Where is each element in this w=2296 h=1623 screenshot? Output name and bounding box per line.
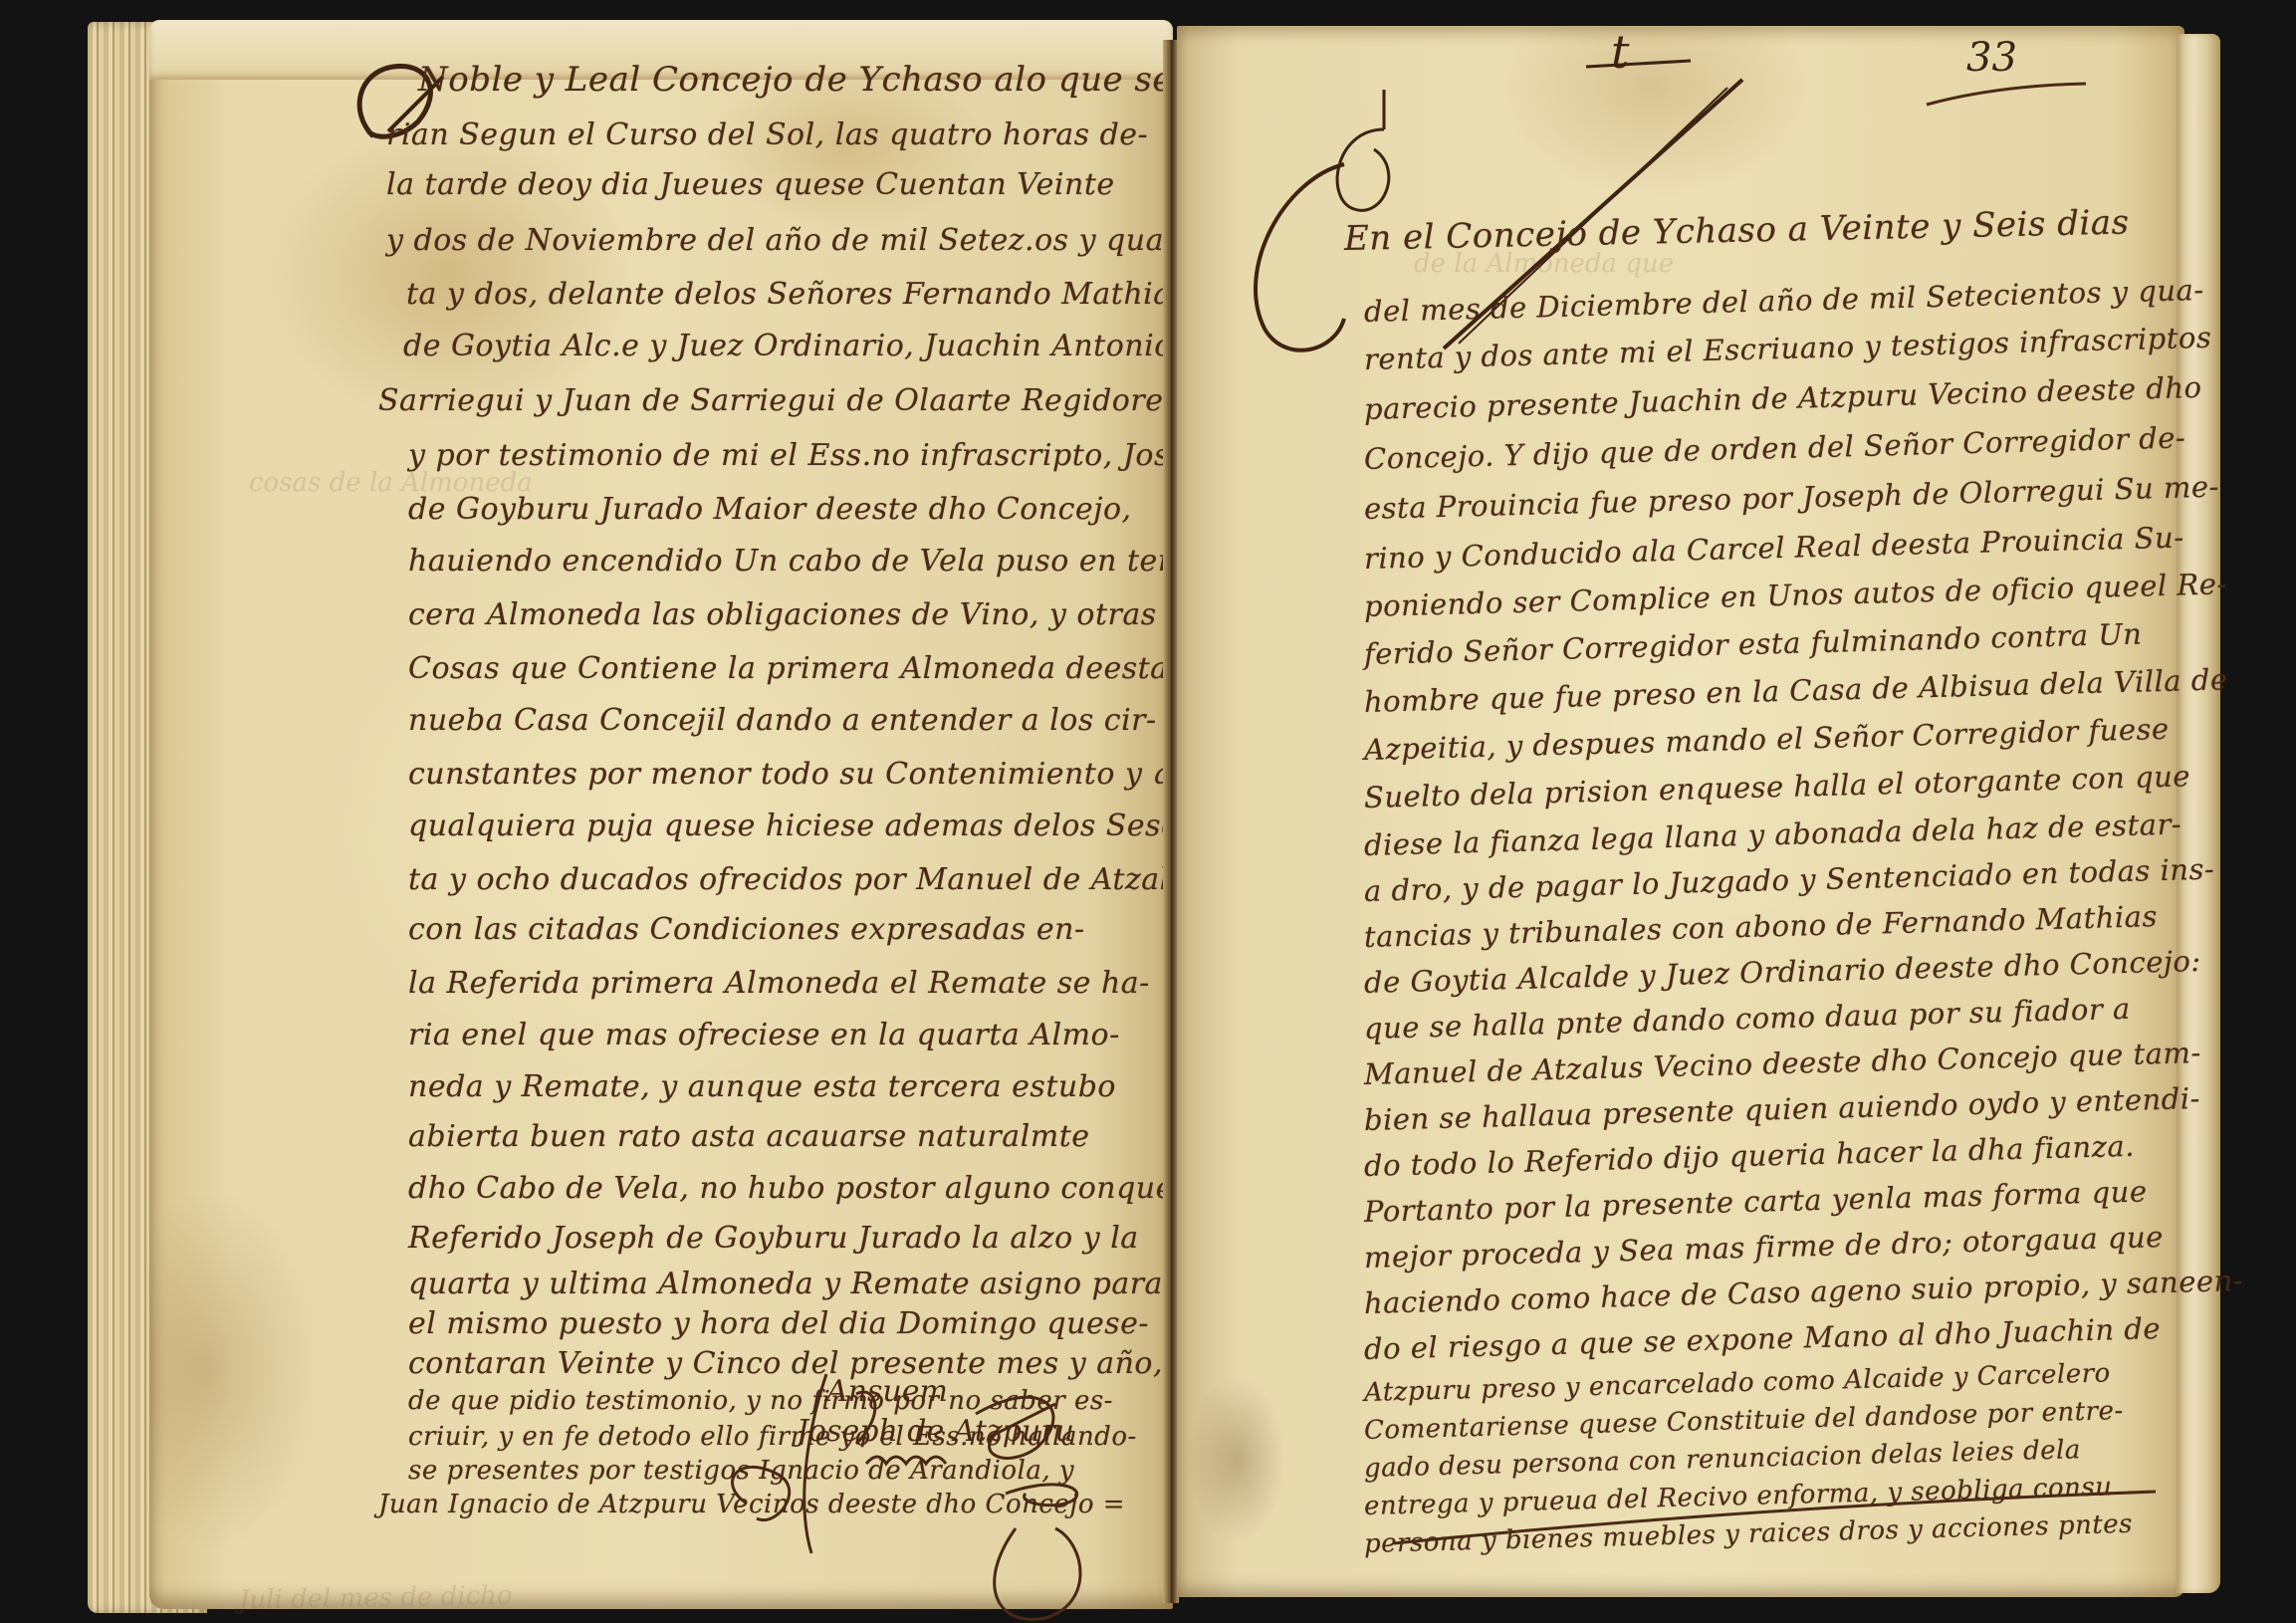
left-line: el mismo puesto y hora del dia Domingo q…	[408, 1306, 1149, 1341]
left-line: y por testimonio de mi el Ess.no infrasc…	[408, 438, 1228, 473]
left-line: de Goyburu Jurado Maior deeste dho Conce…	[408, 492, 1132, 527]
left-line: ta y ocho ducados ofrecidos por Manuel d…	[408, 862, 1205, 897]
manuscript-viewer: cosas de la Almoneda Juli del mes de dic…	[0, 0, 2296, 1623]
left-line: dho Cabo de Vela, no hubo postor alguno …	[408, 1171, 1212, 1206]
left-line: cera Almoneda las obligaciones de Vino, …	[408, 597, 1157, 632]
left-line: cunstantes por menor todo su Contenimien…	[408, 757, 1210, 792]
left-line: la tarde deoy dia Jueues quese Cuentan V…	[386, 167, 1115, 202]
left-line: Sarriegui y Juan de Sarriegui de Olaarte…	[378, 383, 1189, 418]
left-line: neda y Remate, y aunque esta tercera est…	[408, 1069, 1116, 1104]
left-line: nueba Casa Concejil dando a entender a l…	[408, 703, 1157, 738]
left-line: ta y dos, delante delos Señores Fernando…	[406, 277, 1188, 312]
left-line: con las citadas Condiciones expresadas e…	[408, 912, 1085, 947]
left-line: ria enel que mas ofreciese en la quarta …	[408, 1018, 1120, 1052]
left-line: de que pidio testimonio, y no firmo por …	[408, 1386, 1113, 1416]
signature-2: Joseph de Atzpuru	[797, 1414, 1074, 1449]
left-line: de Goytia Alc.e y Juez Ordinario, Juachi…	[403, 329, 1221, 363]
left-line: la Referida primera Almoneda el Remate s…	[408, 966, 1150, 1001]
left-line: hauiendo encendido Un cabo de Vela puso …	[408, 544, 1183, 579]
left-line: qualquiera puja quese hiciese ademas del…	[408, 809, 1210, 843]
left-line: contaran Veinte y Cinco del presente mes…	[408, 1346, 1163, 1381]
left-line: rian Segun el Curso del Sol, las quatro …	[386, 117, 1148, 152]
left-line: abierta buen rato asta acauarse naturalm…	[408, 1119, 1090, 1154]
left-line: quarta y ultima Almoneda y Remate asigno…	[408, 1267, 1163, 1301]
left-line: y dos de Noviembre del año de mil Setez.…	[386, 223, 1228, 258]
right-page-edge-stack	[2177, 34, 2220, 1593]
folio-number: 33	[1966, 35, 2017, 81]
left-line: Referido Joseph de Goyburu Jurado la alz…	[408, 1221, 1139, 1256]
left-line: Juan Ignacio de Atzpuru Vecinos deeste d…	[378, 1490, 1125, 1519]
bleed-through-text: Juli del mes de dicho	[239, 1581, 513, 1616]
left-line: se presentes por testigos Ignacio de Ara…	[408, 1456, 1074, 1486]
left-line: Noble y Leal Concejo de Ychaso alo que s…	[418, 60, 1185, 100]
signature-1-text: Ansuem	[826, 1374, 948, 1409]
top-mark: t	[1611, 25, 1630, 79]
left-line: Cosas que Contiene la primera Almoneda d…	[408, 651, 1169, 686]
